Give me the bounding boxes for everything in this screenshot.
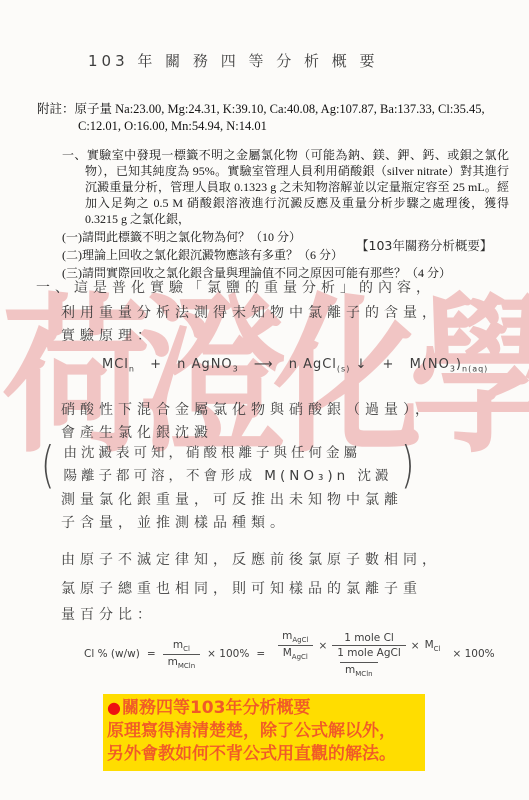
solution-line-2: 利用重量分析法測得未知物中氯離子的含量， <box>61 302 441 322</box>
side-note-lines: 由沈澱表可知，硝酸根離子與任何金屬 陽離子都可溶，不會形成 M(NO₃)n 沈澱 <box>64 442 393 488</box>
exam-question-block: 一、實驗室中發現一標籤不明之金屬氯化物（可能為鈉、鎂、鉀、鈣、或鋇之氯化物），已… <box>62 147 509 281</box>
big-fraction-denominator: mMCln <box>340 662 378 678</box>
times-100-percent-1: × 100% <box>207 648 249 660</box>
fraction-magcl-over-Magcl: mAgCl MAgCl <box>277 630 313 661</box>
note-line-1: 附註：原子量 Na:23.00, Mg:24.31, K:39.10, Ca:4… <box>37 101 485 118</box>
callout-line-1: ●關務四等103年分析概要 <box>107 696 419 720</box>
solution-line-9: 氯原子總重也相同，則可知樣品的氯離子重 <box>61 578 422 598</box>
solution-line-1: 一、這是普化實驗「氯鹽的重量分析」的內容， <box>36 277 435 297</box>
eq-product-1: AgCl(s) <box>303 357 350 372</box>
source-tag: 【103年關務分析概要】 <box>356 236 492 254</box>
eq-arrow-icon: ⟶ <box>254 357 274 372</box>
page-title: 103 年 關 務 四 等 分 析 概 要 <box>88 50 379 71</box>
times-100-percent-2: × 100% <box>452 648 494 660</box>
scanned-document-page: 荷澄化學 103 年 關 務 四 等 分 析 概 要 附註：原子量 Na:23.… <box>0 0 529 800</box>
callout-line-3: 另外會教如何不背公式用直觀的解法。 <box>107 743 419 766</box>
times-sign-2: × <box>411 640 420 652</box>
solubility-side-note: ( 由沈澱表可知，硝酸根離子與任何金屬 陽離子都可溶，不會形成 M(NO₃)n … <box>38 440 418 490</box>
solution-line-7: 子含量，並推測樣品種類。 <box>61 512 289 532</box>
close-paren: ) <box>401 440 415 490</box>
big-fraction-numerator: mAgCl MAgCl × 1 mole Cl 1 mole AgCl × MC… <box>272 630 445 662</box>
atomic-weights-note: 附註：原子量 Na:23.00, Mg:24.31, K:39.10, Ca:4… <box>37 101 485 135</box>
eq-product-2: M(NO3)n(aq) <box>410 357 489 372</box>
eq-reactant-2: AgNO3 <box>192 357 239 372</box>
highlight-callout: ●關務四等103年分析概要 原理寫得清清楚楚，除了公式解以外， 另外會教如何不背… <box>103 694 425 771</box>
solution-line-3: 實驗原理： <box>61 325 156 345</box>
eq-coef-1: n <box>177 357 186 372</box>
molar-mass-cl: MCl <box>425 639 441 653</box>
equals-sign-2: = <box>256 648 265 660</box>
solution-line-6: 測量氯化銀重量，可反推出未知物中氯離 <box>61 489 403 509</box>
big-fraction: mAgCl MAgCl × 1 mole Cl 1 mole AgCl × MC… <box>272 630 445 678</box>
question-paragraph: 一、實驗室中發現一標籤不明之金屬氯化物（可能為鈉、鎂、鉀、鈣、或鋇之氯化物），已… <box>62 147 509 227</box>
mass-percent-formula: Cl % (w/w) = mCl mMCln × 100% = mAgCl MA… <box>84 630 495 678</box>
side-note-line-1: 由沈澱表可知，硝酸根離子與任何金屬 <box>64 442 393 465</box>
fraction-mole-ratio: 1 mole Cl 1 mole AgCl <box>332 632 405 659</box>
solution-line-10: 量百分比： <box>61 604 156 624</box>
side-note-line-2: 陽離子都可溶，不會形成 M(NO₃)n 沈澱 <box>64 465 393 488</box>
red-bullet-icon: ● <box>107 698 121 717</box>
eq-plus-1: + <box>150 357 162 372</box>
reaction-equation: MCln + n AgNO3 ⟶ n AgCl(s) ↓ + M(NO3)n(a… <box>102 357 488 374</box>
open-paren: ( <box>41 440 55 490</box>
callout-line-2: 原理寫得清清楚楚，除了公式解以外， <box>107 720 419 743</box>
formula-lhs: Cl % (w/w) <box>84 648 140 660</box>
solution-line-5: 會產生氯化銀沈澱 <box>61 422 213 442</box>
equals-sign-1: = <box>147 648 156 660</box>
times-sign-1: × <box>318 640 327 652</box>
note-line-2: C:12.01, O:16.00, Mn:54.94, N:14.01 <box>78 118 485 135</box>
precipitate-down-arrow-icon: ↓ <box>355 357 367 372</box>
solution-line-8: 由原子不滅定律知，反應前後氯原子數相同， <box>61 549 441 569</box>
solution-line-4: 硝酸性下混合金屬氯化物與硝酸銀（過量）， <box>61 399 434 419</box>
eq-reactant-1: MCln <box>102 357 135 372</box>
eq-coef-2: n <box>289 357 298 372</box>
fraction-mcl-over-sample: mCl mMCln <box>163 639 201 670</box>
eq-plus-2: + <box>383 357 395 372</box>
